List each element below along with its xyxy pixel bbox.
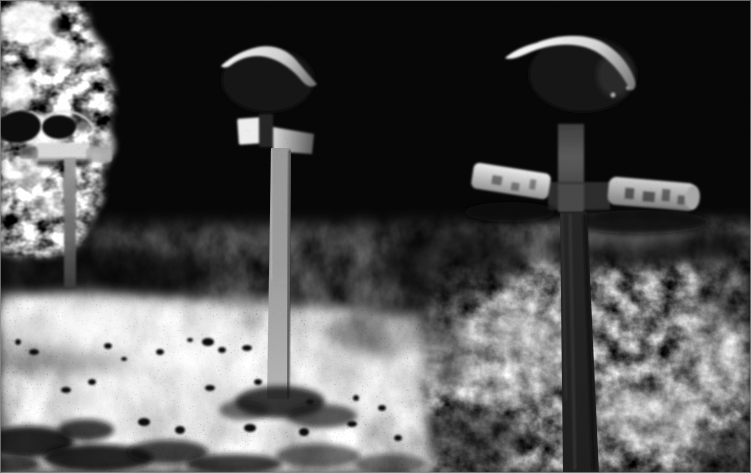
film-grain	[0, 0, 751, 473]
photograph: black-and-white photograph	[0, 0, 751, 473]
photo-canvas	[0, 0, 751, 473]
